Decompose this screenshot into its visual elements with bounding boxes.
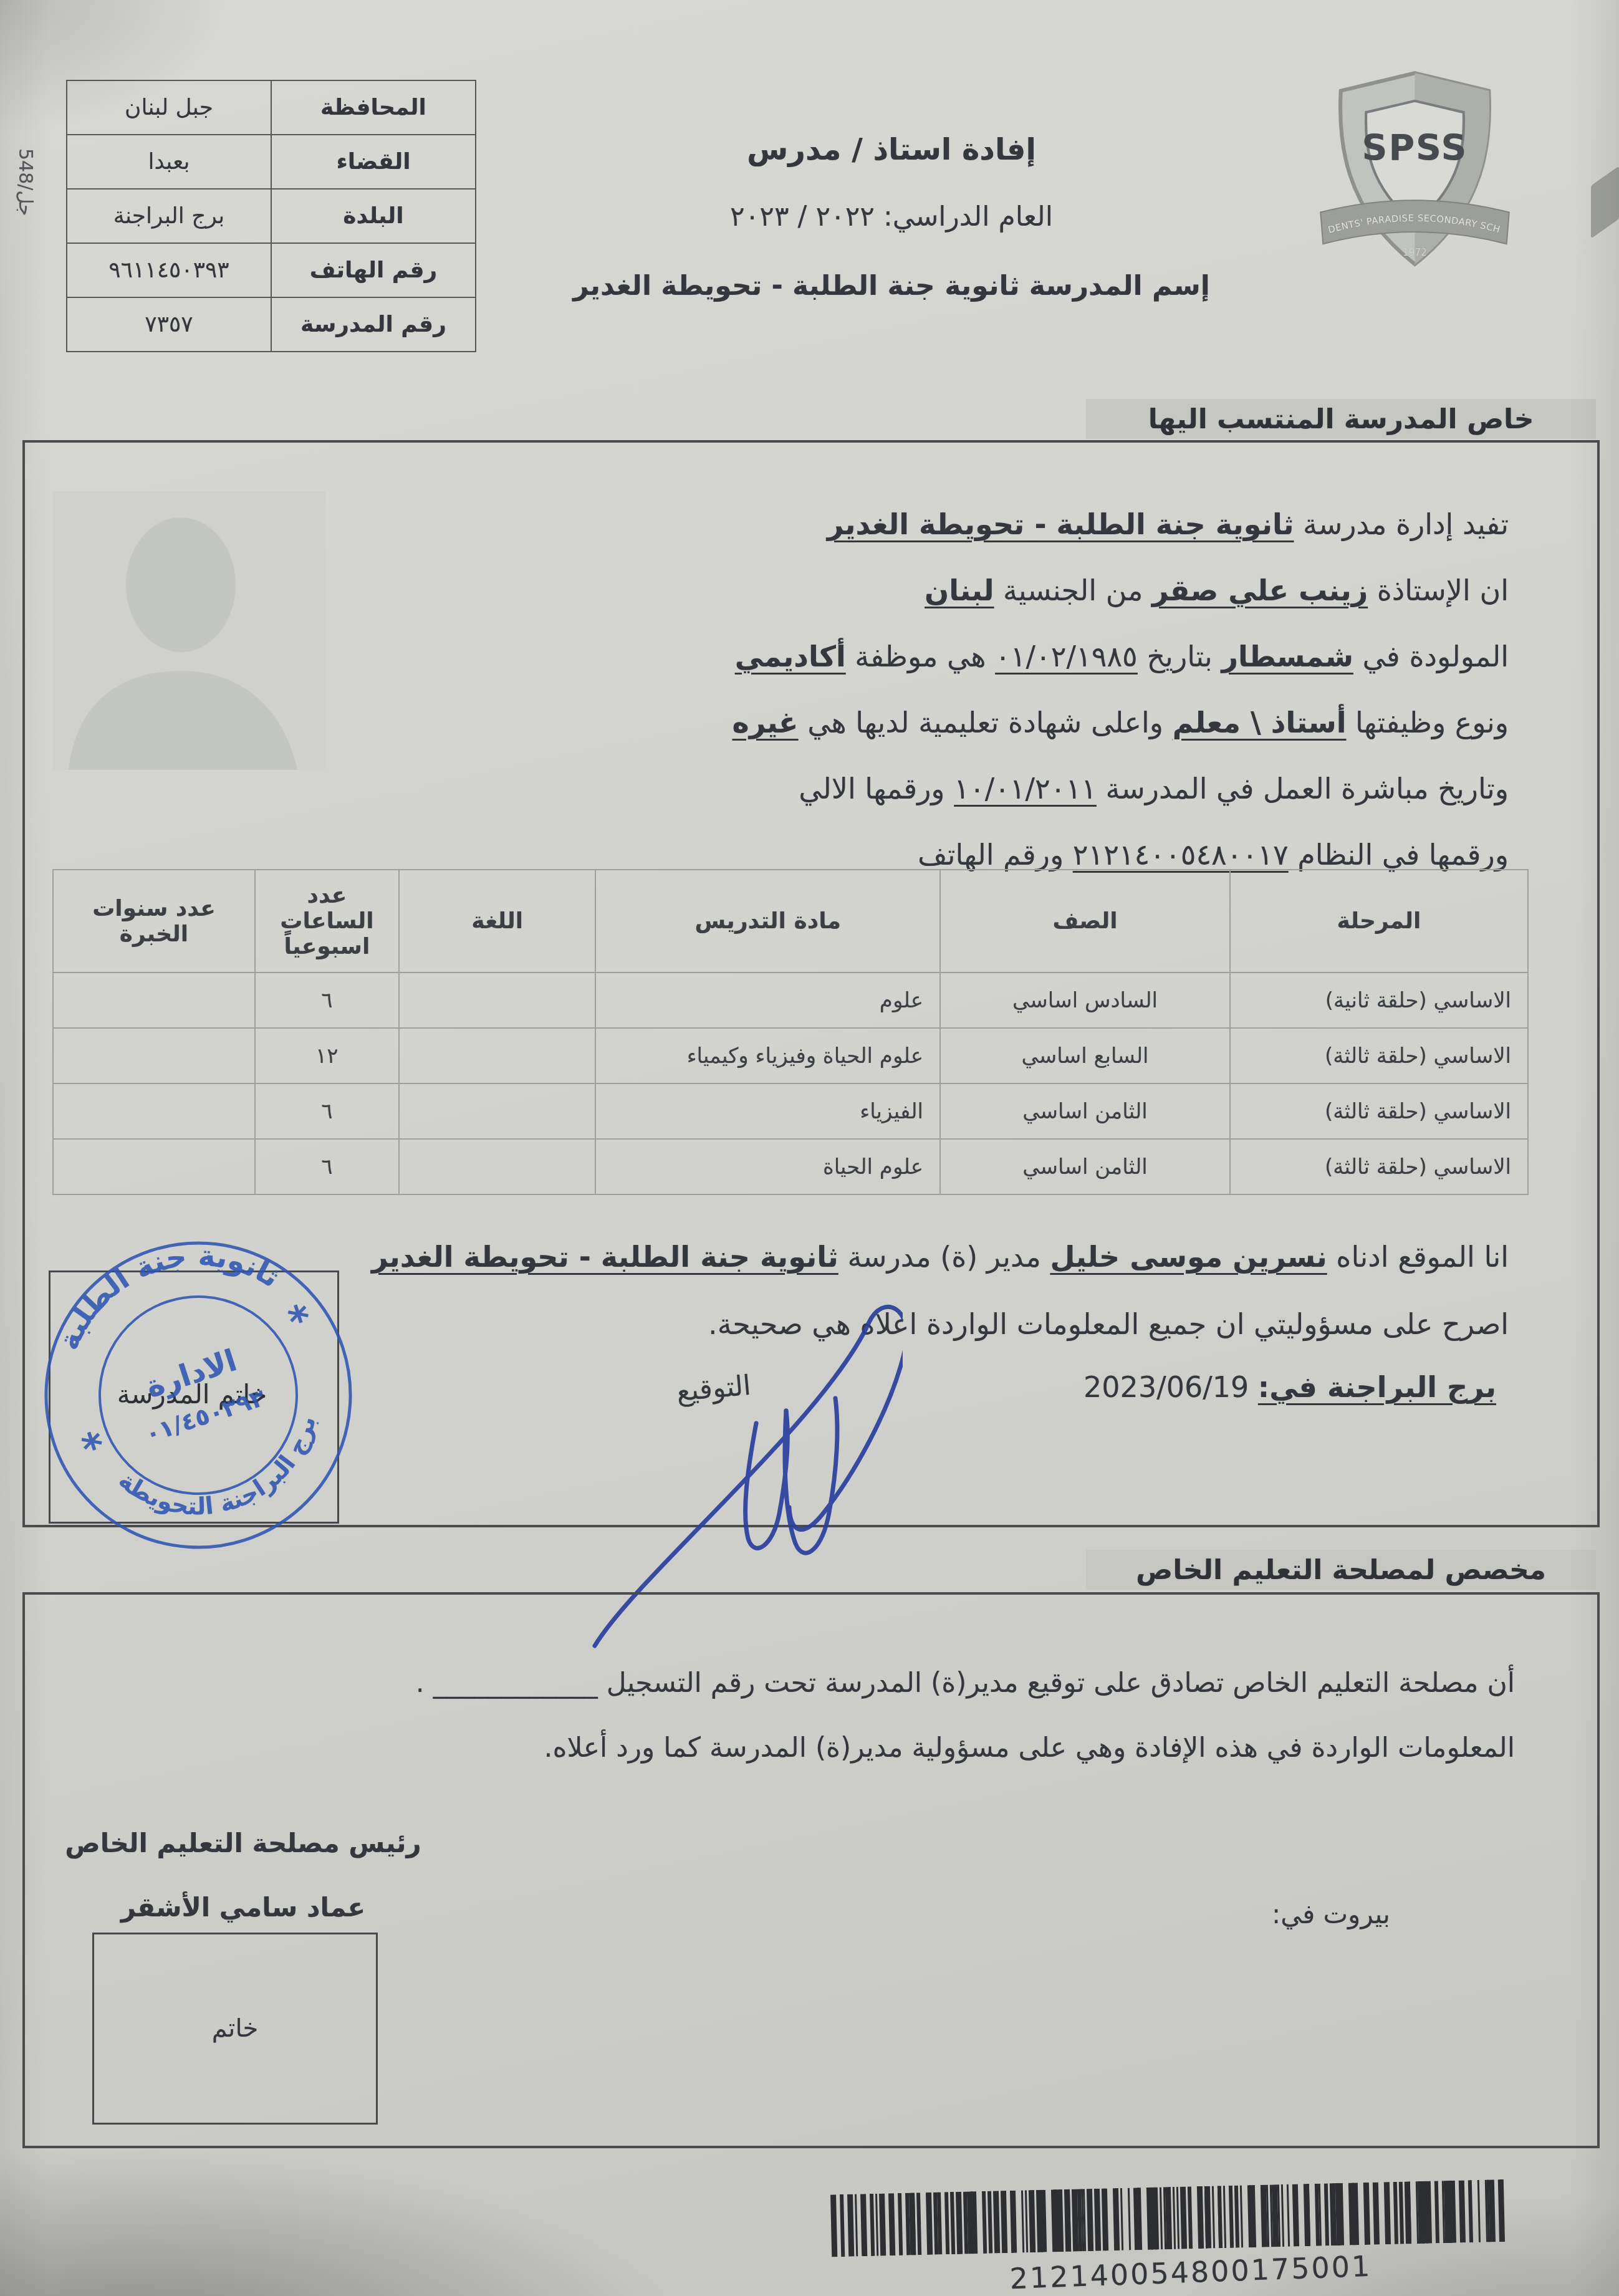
shield-logo-icon: SPSS STUDENTS' PARADISE SECONDARY SCHOOL… — [1317, 64, 1513, 273]
ministry-line: أن مصلحة التعليم الخاص تصادق على توقيع م… — [349, 1651, 1515, 1716]
school-info-table: المحافظةجبل لبنانالقضاءبعبداالبلدةبرج ال… — [66, 80, 476, 352]
school-logo: SPSS STUDENTS' PARADISE SECONDARY SCHOOL… — [1317, 64, 1513, 273]
beirut-date-line: بيروت في: — [1272, 1899, 1390, 1929]
paragraph-line: ان الإستاذة زينب علي صقر من الجنسية لبنا… — [324, 557, 1509, 623]
paragraph-line: ونوع وظيفتها أستاذ \ معلم واعلى شهادة تع… — [324, 689, 1509, 756]
certificate-paragraph: تفيد إدارة مدرسة ثانوية جنة الطلبة - تحو… — [324, 491, 1509, 888]
scanned-document-page: 548/جل المحافظةجبل لبنانالقضاءبعبداالبلد… — [0, 0, 1619, 2296]
section-school-header-bar: خاص المدرسة المنتسب اليها — [1086, 399, 1596, 439]
paragraph-line: تفيد إدارة مدرسة ثانوية جنة الطلبة - تحو… — [324, 491, 1509, 557]
photo-placeholder — [53, 491, 325, 770]
paragraph-line: وتاريخ مباشرة العمل في المدرسة ١٠/٠١/٢٠١… — [324, 756, 1509, 822]
chief-block: رئيس مصلحة التعليم الخاص عماد سامي الأشق… — [62, 1828, 424, 1923]
ministry-stamp-label: خاتم — [212, 2014, 259, 2043]
document-title: إفادة استاذ / مدرس — [561, 132, 1222, 167]
school-round-stamp: ثانوية جنة الطلبة برج البراجنة التحويطة … — [29, 1226, 368, 1565]
ministry-line: المعلومات الواردة في هذه الإفادة وهي على… — [349, 1716, 1515, 1780]
barcode — [829, 2176, 1619, 2257]
stamp-star-right: * — [283, 1295, 317, 1346]
chief-title: رئيس مصلحة التعليم الخاص — [62, 1828, 424, 1858]
teaching-assignments-table: المرحلةالصفمادة التدريساللغةعدد الساعات … — [52, 869, 1529, 1195]
scan-artifact — [1591, 166, 1619, 239]
principal-declaration: انا الموقع ادناه نسرين موسى خليل مدير (ة… — [324, 1223, 1509, 1358]
document-header: إفادة استاذ / مدرس العام الدراسي: ٢٠٢٢ /… — [561, 132, 1222, 302]
section-ministry-header-bar: مخصص لمصلحة التعليم الخاص — [1086, 1550, 1596, 1590]
logo-founding-year: 1972 — [1403, 247, 1427, 258]
declaration-line: اصرح على مسؤوليتي ان جميع المعلومات الوا… — [324, 1290, 1509, 1358]
barcode-number: 212140054800175001 — [922, 2246, 1459, 2296]
academic-year-line: العام الدراسي: ٢٠٢٢ / ٢٠٢٣ — [561, 201, 1222, 233]
paragraph-line: المولودة في شمسطار بتاريخ ٠١/٠٢/١٩٨٥ هي … — [324, 623, 1509, 689]
logo-acronym: SPSS — [1362, 128, 1468, 169]
place-date-line: برج البراجنة في: 2023/06/19 — [1060, 1370, 1496, 1404]
ministry-certification-text: أن مصلحة التعليم الخاص تصادق على توقيع م… — [349, 1651, 1515, 1780]
file-reference-code: 548/جل — [14, 148, 36, 216]
chief-name: عماد سامي الأشقر — [62, 1892, 424, 1923]
ministry-stamp-box: خاتم — [92, 1933, 378, 2125]
declaration-line: انا الموقع ادناه نسرين موسى خليل مدير (ة… — [324, 1223, 1509, 1290]
school-name-line: إسم المدرسة ثانوية جنة الطلبة - تحويطة ا… — [561, 270, 1222, 302]
person-silhouette-icon — [53, 491, 325, 770]
